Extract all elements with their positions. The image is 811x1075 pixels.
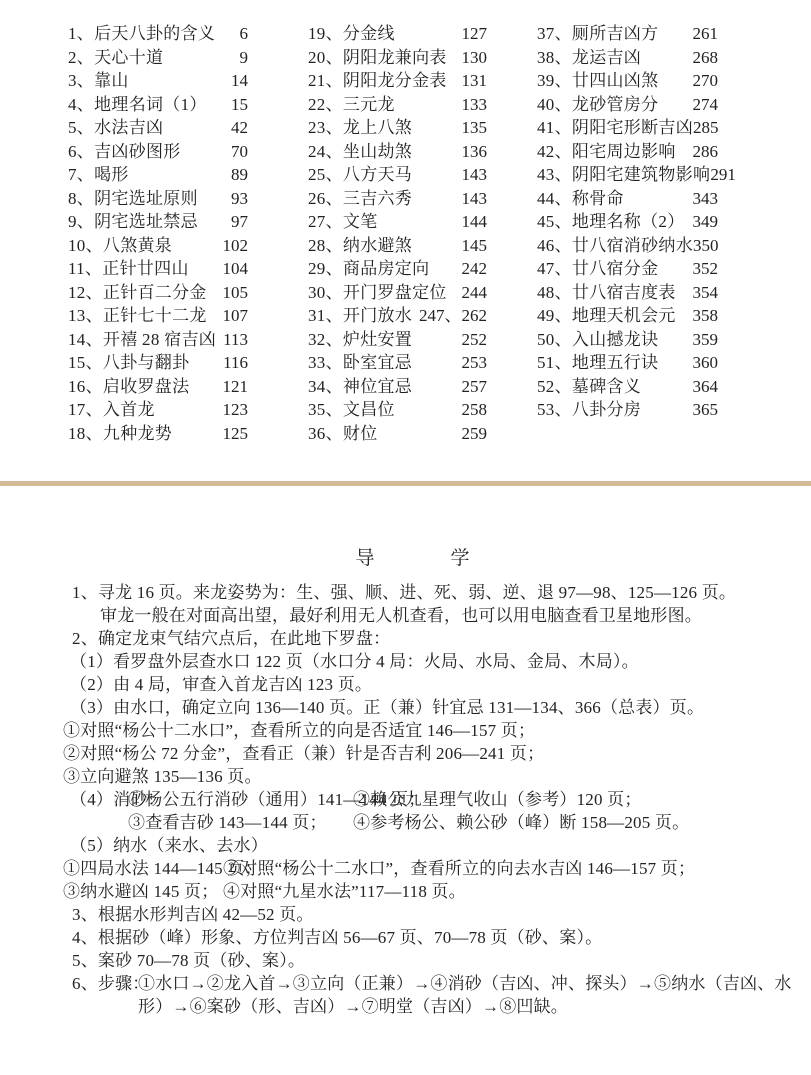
guide-line: （1）看罗盘外层查水口 122 页（水口分 4 局：火局、水局、金局、木局）。: [60, 650, 765, 673]
toc-item-page: 286: [693, 140, 719, 164]
toc-item: 28、纳水避煞145: [308, 234, 487, 258]
toc-item: 51、地理五行诀360: [537, 351, 718, 375]
toc-item-page: 291: [710, 163, 736, 187]
toc-item-page: 247、262: [419, 304, 487, 328]
toc-item-label: 3、靠山: [68, 69, 129, 93]
toc-item-page: 274: [693, 93, 719, 117]
guide-line: ①四局水法 144—145 页；②对照“杨公十二水口”，查看所立的向去水吉凶 1…: [60, 857, 765, 880]
toc-item-label: 42、阳宅周边影响: [537, 140, 676, 164]
guide-text: ④对照“九星水法”117—118 页。: [223, 880, 466, 903]
toc-item-label: 2、天心十道: [68, 46, 163, 70]
guide-line: ③立向避煞 135—136 页。: [60, 765, 765, 788]
guide-text: ③纳水避凶 145 页；: [63, 880, 218, 903]
toc-item-page: 104: [223, 257, 249, 281]
toc-item-label: 7、喝形: [68, 163, 129, 187]
toc-item: 13、正针七十二龙107: [68, 304, 248, 328]
toc-item: 23、龙上八煞135: [308, 116, 487, 140]
toc-item: 45、地理名称（2）349: [537, 210, 718, 234]
toc-item: 27、文笔144: [308, 210, 487, 234]
toc-item-page: 145: [462, 234, 488, 258]
guide-text: ②赖公九星理气收山（参考）120 页；: [353, 788, 642, 811]
guide-text: ②对照“杨公十二水口”，查看所立的向去水吉凶 146—157 页；: [223, 857, 695, 880]
guide-line: 2、确定龙束气结穴点后，在此地下罗盘：: [60, 627, 765, 650]
toc-item-label: 25、八方天马: [308, 163, 412, 187]
toc-item-page: 352: [693, 257, 719, 281]
document-page: 1、后天八卦的含义62、天心十道93、靠山144、地理名词（1）155、水法吉凶…: [0, 0, 811, 1075]
toc-item-label: 51、地理五行诀: [537, 351, 658, 375]
toc-item-label: 6、吉凶砂图形: [68, 140, 181, 164]
toc-item: 6、吉凶砂图形70: [68, 140, 248, 164]
toc-item-label: 30、开门罗盘定位: [308, 281, 447, 305]
guide-line: （2）由 4 局，审查入首龙吉凶 123 页。: [60, 673, 765, 696]
toc-item-label: 53、八卦分房: [537, 398, 641, 422]
toc-item-page: 259: [462, 422, 488, 446]
toc-item: 42、阳宅周边影响286: [537, 140, 718, 164]
guide-text: 5、案砂 70—78 页（砂、案）。: [72, 949, 305, 972]
toc-item-page: 143: [462, 187, 488, 211]
toc-item: 34、神位宜忌257: [308, 375, 487, 399]
toc-column-3: 37、厕所吉凶方26138、龙运吉凶26839、廿四山凶煞27040、龙砂管房分…: [537, 22, 718, 422]
toc-item: 53、八卦分房365: [537, 398, 718, 422]
toc-item-label: 50、入山撼龙诀: [537, 328, 658, 352]
toc-item-page: 349: [693, 210, 719, 234]
toc-item-page: 253: [462, 351, 488, 375]
toc-item-label: 11、正针廿四山: [68, 257, 189, 281]
toc-item: 48、廿八宿吉度表354: [537, 281, 718, 305]
toc-item-label: 33、卧室宜忌: [308, 351, 412, 375]
toc-item-page: 107: [223, 304, 249, 328]
toc-item-page: 127: [462, 22, 488, 46]
toc-item: 10、八煞黄泉102: [68, 234, 248, 258]
guide-line: 形）→⑥案砂（形、吉凶）→⑦明堂（吉凶）→⑧凹缺。: [60, 995, 765, 1018]
guide-line: ③纳水避凶 145 页；④对照“九星水法”117—118 页。: [60, 880, 765, 903]
toc-item-label: 44、称骨命: [537, 187, 624, 211]
guide-text: （3）由水口，确定立向 136—140 页。正（兼）针宜忌 131—134、36…: [70, 696, 704, 719]
toc-item: 26、三吉六秀143: [308, 187, 487, 211]
toc-item: 4、地理名词（1）15: [68, 93, 248, 117]
guide-text: ②对照“杨公 72 分金”，查看正（兼）针是否吉利 206—241 页；: [63, 742, 544, 765]
toc-item-label: 12、正针百二分金: [68, 281, 207, 305]
toc-item: 31、开门放水247、262: [308, 304, 487, 328]
toc-item-page: 97: [231, 210, 248, 234]
toc-item-label: 32、炉灶安置: [308, 328, 412, 352]
guide-text: ④参考杨公、赖公砂（峰）断 158—205 页。: [353, 811, 689, 834]
toc-item: 38、龙运吉凶268: [537, 46, 718, 70]
guide-text: 形）→⑥案砂（形、吉凶）→⑦明堂（吉凶）→⑧凹缺。: [138, 995, 568, 1018]
toc-item-page: 343: [693, 187, 719, 211]
toc-item: 52、墓碑含义364: [537, 375, 718, 399]
toc-item-page: 350: [693, 234, 719, 258]
toc-item-page: 131: [462, 69, 488, 93]
toc-item: 39、廿四山凶煞270: [537, 69, 718, 93]
toc-item: 5、水法吉凶42: [68, 116, 248, 140]
toc-item-page: 358: [693, 304, 719, 328]
toc-item-label: 23、龙上八煞: [308, 116, 412, 140]
toc-item-page: 354: [693, 281, 719, 305]
toc-item: 22、三元龙133: [308, 93, 487, 117]
toc-column-1: 1、后天八卦的含义62、天心十道93、靠山144、地理名词（1）155、水法吉凶…: [68, 22, 248, 445]
toc-item-label: 18、九种龙势: [68, 422, 172, 446]
toc-item: 29、商品房定向242: [308, 257, 487, 281]
toc-item-label: 28、纳水避煞: [308, 234, 412, 258]
toc-item-page: 285: [693, 116, 719, 140]
toc-item-page: 102: [223, 234, 249, 258]
toc-item-label: 20、阴阳龙兼向表: [308, 46, 447, 70]
page-divider: [0, 481, 811, 486]
toc-item: 43、阴阳宅建筑物影响291: [537, 163, 718, 187]
toc-item-label: 5、水法吉凶: [68, 116, 163, 140]
toc-item-page: 359: [693, 328, 719, 352]
toc-item: 1、后天八卦的含义6: [68, 22, 248, 46]
toc-item-label: 26、三吉六秀: [308, 187, 412, 211]
toc-item: 16、启收罗盘法121: [68, 375, 248, 399]
toc-item-label: 21、阴阳龙分金表: [308, 69, 447, 93]
toc-item-page: 365: [693, 398, 719, 422]
guide-text: 审龙一般在对面高出望，最好利用无人机查看，也可以用电脑查看卫星地形图。: [100, 604, 702, 627]
toc-item: 20、阴阳龙兼向表130: [308, 46, 487, 70]
guide-text: ③立向避煞 135—136 页。: [63, 765, 262, 788]
toc-item-label: 27、文笔: [308, 210, 378, 234]
toc-item-page: 6: [240, 22, 249, 46]
toc-item-page: 113: [223, 328, 248, 352]
toc-item: 11、正针廿四山104: [68, 257, 248, 281]
toc-item-label: 17、入首龙: [68, 398, 155, 422]
toc-item-label: 36、财位: [308, 422, 378, 446]
toc-item: 32、炉灶安置252: [308, 328, 487, 352]
guide-text: 4、根据砂（峰）形象、方位判吉凶 56—67 页、70—78 页（砂、案）。: [72, 926, 602, 949]
toc-item-label: 19、分金线: [308, 22, 395, 46]
guide-line: （5）纳水（来水、去水）: [60, 834, 765, 857]
toc-item-page: 258: [462, 398, 488, 422]
toc-item-label: 38、龙运吉凶: [537, 46, 641, 70]
guide-line: 1、寻龙 16 页。来龙姿势为：生、强、顺、进、死、弱、逆、退 97—98、12…: [60, 581, 765, 604]
toc-item-label: 9、阴宅选址禁忌: [68, 210, 198, 234]
toc-item-label: 15、八卦与翻卦: [68, 351, 189, 375]
toc-item-page: 242: [462, 257, 488, 281]
toc-item-page: 135: [462, 116, 488, 140]
toc-item-page: 89: [231, 163, 248, 187]
toc-item-page: 42: [231, 116, 248, 140]
guide-text: 2、确定龙束气结穴点后，在此地下罗盘：: [72, 627, 390, 650]
toc-item-label: 29、商品房定向: [308, 257, 429, 281]
toc-item-page: 9: [240, 46, 249, 70]
toc-item: 3、靠山14: [68, 69, 248, 93]
toc-item-label: 31、开门放水: [308, 304, 412, 328]
toc-item: 46、廿八宿消砂纳水350: [537, 234, 718, 258]
toc-item: 8、阴宅选址原则93: [68, 187, 248, 211]
toc-item: 15、八卦与翻卦116: [68, 351, 248, 375]
toc-item-page: 136: [462, 140, 488, 164]
toc-item-page: 105: [223, 281, 249, 305]
toc-item-page: 257: [462, 375, 488, 399]
toc-item-page: 261: [693, 22, 719, 46]
toc-item-label: 34、神位宜忌: [308, 375, 412, 399]
toc-item-page: 15: [231, 93, 248, 117]
guide-line: 审龙一般在对面高出望，最好利用无人机查看，也可以用电脑查看卫星地形图。: [60, 604, 765, 627]
toc-item: 19、分金线127: [308, 22, 487, 46]
toc-item-label: 52、墓碑含义: [537, 375, 641, 399]
toc-item-label: 16、启收罗盘法: [68, 375, 189, 399]
guide-line: 6、步骤：①水口→②龙入首→③立向（正兼）→④消砂（吉凶、冲、探头）→⑤纳水（吉…: [60, 972, 765, 995]
guide-section: 导 学 1、寻龙 16 页。来龙姿势为：生、强、顺、进、死、弱、逆、退 97—9…: [60, 546, 765, 1018]
guide-line: （4）消砂：①杨公五行消砂（通用）141—144 页；②赖公九星理气收山（参考）…: [60, 788, 765, 811]
toc-item-page: 360: [693, 351, 719, 375]
guide-text: 3、根据水形判吉凶 42—52 页。: [72, 903, 314, 926]
toc-item-page: 364: [693, 375, 719, 399]
toc-item-label: 4、地理名词（1）: [68, 93, 207, 117]
toc-item-label: 22、三元龙: [308, 93, 395, 117]
toc-item-label: 35、文昌位: [308, 398, 395, 422]
toc-item-label: 46、廿八宿消砂纳水: [537, 234, 693, 258]
toc-item: 44、称骨命343: [537, 187, 718, 211]
toc-item-label: 49、地理天机会元: [537, 304, 676, 328]
toc-item: 17、入首龙123: [68, 398, 248, 422]
toc-item-page: 268: [693, 46, 719, 70]
toc-item: 40、龙砂管房分274: [537, 93, 718, 117]
toc-item-label: 41、阴阳宅形断吉凶: [537, 116, 693, 140]
guide-line: 4、根据砂（峰）形象、方位判吉凶 56—67 页、70—78 页（砂、案）。: [60, 926, 765, 949]
toc-item-page: 125: [223, 422, 249, 446]
guide-text: 1、寻龙 16 页。来龙姿势为：生、强、顺、进、死、弱、逆、退 97—98、12…: [72, 581, 736, 604]
guide-text: ①水口→②龙入首→③立向（正兼）→④消砂（吉凶、冲、探头）→⑤纳水（吉凶、水: [138, 972, 792, 995]
toc-item-page: 143: [462, 163, 488, 187]
guide-text: （2）由 4 局，审查入首龙吉凶 123 页。: [70, 673, 372, 696]
toc-item: 14、开禧 28 宿吉凶113: [68, 328, 248, 352]
toc-item-page: 70: [231, 140, 248, 164]
guide-text: （5）纳水（来水、去水）: [70, 834, 268, 857]
toc-item-page: 252: [462, 328, 488, 352]
toc-item-page: 93: [231, 187, 248, 211]
toc-item: 37、厕所吉凶方261: [537, 22, 718, 46]
toc-column-2: 19、分金线12720、阴阳龙兼向表13021、阴阳龙分金表13122、三元龙1…: [308, 22, 487, 445]
toc-item: 2、天心十道9: [68, 46, 248, 70]
toc-item-page: 14: [231, 69, 248, 93]
toc-item: 24、坐山劫煞136: [308, 140, 487, 164]
guide-text: ①对照“杨公十二水口”，查看所立的向是否适宜 146—157 页；: [63, 719, 535, 742]
toc-item: 7、喝形89: [68, 163, 248, 187]
toc-item: 21、阴阳龙分金表131: [308, 69, 487, 93]
guide-title: 导 学: [60, 546, 765, 572]
toc-item-label: 37、厕所吉凶方: [537, 22, 658, 46]
toc-item-page: 121: [223, 375, 249, 399]
toc-item-page: 116: [223, 351, 248, 375]
toc-item: 36、财位259: [308, 422, 487, 446]
toc-item-label: 24、坐山劫煞: [308, 140, 412, 164]
toc-item: 18、九种龙势125: [68, 422, 248, 446]
guide-line: （3）由水口，确定立向 136—140 页。正（兼）针宜忌 131—134、36…: [60, 696, 765, 719]
toc-item-label: 8、阴宅选址原则: [68, 187, 198, 211]
toc-item-label: 43、阴阳宅建筑物影响: [537, 163, 710, 187]
toc-item-page: 123: [223, 398, 249, 422]
toc-item-page: 130: [462, 46, 488, 70]
guide-line: ②对照“杨公 72 分金”，查看正（兼）针是否吉利 206—241 页；: [60, 742, 765, 765]
toc-item: 12、正针百二分金105: [68, 281, 248, 305]
toc-item: 35、文昌位258: [308, 398, 487, 422]
toc-item-label: 1、后天八卦的含义: [68, 22, 215, 46]
guide-text: （1）看罗盘外层查水口 122 页（水口分 4 局：火局、水局、金局、木局）。: [70, 650, 639, 673]
guide-line: ①对照“杨公十二水口”，查看所立的向是否适宜 146—157 页；: [60, 719, 765, 742]
guide-line: 5、案砂 70—78 页（砂、案）。: [60, 949, 765, 972]
toc-item-label: 40、龙砂管房分: [537, 93, 658, 117]
toc-item: 41、阴阳宅形断吉凶285: [537, 116, 718, 140]
toc-item-label: 48、廿八宿吉度表: [537, 281, 676, 305]
toc-item: 49、地理天机会元358: [537, 304, 718, 328]
toc-item: 9、阴宅选址禁忌97: [68, 210, 248, 234]
toc-item-label: 10、八煞黄泉: [68, 234, 172, 258]
toc-item-page: 244: [462, 281, 488, 305]
guide-text: ③查看吉砂 143—144 页；: [128, 811, 327, 834]
toc-item-page: 270: [693, 69, 719, 93]
toc-item: 25、八方天马143: [308, 163, 487, 187]
toc-item: 33、卧室宜忌253: [308, 351, 487, 375]
toc-item-page: 144: [462, 210, 488, 234]
toc-item-page: 133: [462, 93, 488, 117]
toc-item-label: 13、正针七十二龙: [68, 304, 207, 328]
guide-line: 3、根据水形判吉凶 42—52 页。: [60, 903, 765, 926]
toc-item-label: 39、廿四山凶煞: [537, 69, 658, 93]
toc-item-label: 47、廿八宿分金: [537, 257, 658, 281]
toc-item: 30、开门罗盘定位244: [308, 281, 487, 305]
toc-item: 50、入山撼龙诀359: [537, 328, 718, 352]
guide-line: ③查看吉砂 143—144 页；④参考杨公、赖公砂（峰）断 158—205 页。: [60, 811, 765, 834]
toc-item: 47、廿八宿分金352: [537, 257, 718, 281]
guide-lines: 1、寻龙 16 页。来龙姿势为：生、强、顺、进、死、弱、逆、退 97—98、12…: [60, 581, 765, 1018]
toc-item-label: 45、地理名称（2）: [537, 210, 685, 234]
toc-item-label: 14、开禧 28 宿吉凶: [68, 328, 216, 352]
